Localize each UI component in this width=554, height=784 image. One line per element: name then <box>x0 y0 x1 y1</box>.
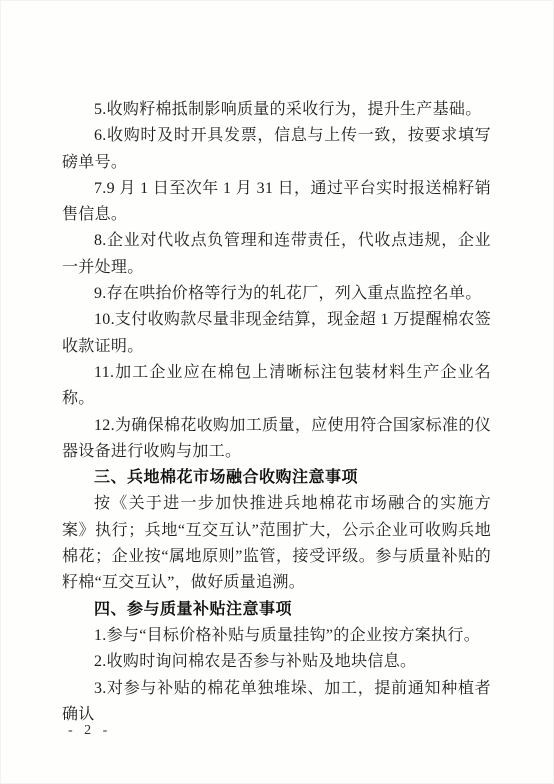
item-8: 8.企业对代收点负管理和连带责任，代收点违规，企业一并处理。 <box>62 228 491 281</box>
section-4-item-3: 3.对参与补贴的棉花单独堆垛、加工，提前通知种植者确认 <box>62 676 491 729</box>
section-4-item-1: 1.参与“目标价格补贴与质量挂钩”的企业按方案执行。 <box>62 623 491 649</box>
item-10: 10.支付收购款尽量非现金结算，现金超 1 万提醒棉农签收款证明。 <box>62 307 491 360</box>
section-heading-4: 四、参与质量补贴注意事项 <box>62 597 491 623</box>
item-5: 5.收购籽棉抵制影响质量的采收行为，提升生产基础。 <box>62 97 491 123</box>
section-heading-3: 三、兵地棉花市场融合收购注意事项 <box>62 465 491 491</box>
section-3-body: 按《关于进一步加快推进兵地棉花市场融合的实施方案》执行；兵地“互交互认”范围扩大… <box>62 491 491 596</box>
item-12: 12.为确保棉花收购加工质量，应使用符合国家标准的仪器设备进行收购与加工。 <box>62 413 491 466</box>
item-9: 9.存在哄抬价格等行为的轧花厂，列入重点监控名单。 <box>62 281 491 307</box>
text-body: 5.收购籽棉抵制影响质量的采收行为，提升生产基础。 6.收购时及时开具发票，信息… <box>62 97 491 728</box>
section-4-item-2: 2.收购时询问棉农是否参与补贴及地块信息。 <box>62 649 491 675</box>
page-number: - 2 - <box>68 722 111 740</box>
document-page: 5.收购籽棉抵制影响质量的采收行为，提升生产基础。 6.收购时及时开具发票，信息… <box>0 0 554 784</box>
item-11: 11.加工企业应在棉包上清晰标注包装材料生产企业名称。 <box>62 360 491 413</box>
item-6: 6.收购时及时开具发票，信息与上传一致，按要求填写磅单号。 <box>62 123 491 176</box>
item-7: 7.9 月 1 日至次年 1 月 31 日，通过平台实时报送棉籽销售信息。 <box>62 176 491 229</box>
